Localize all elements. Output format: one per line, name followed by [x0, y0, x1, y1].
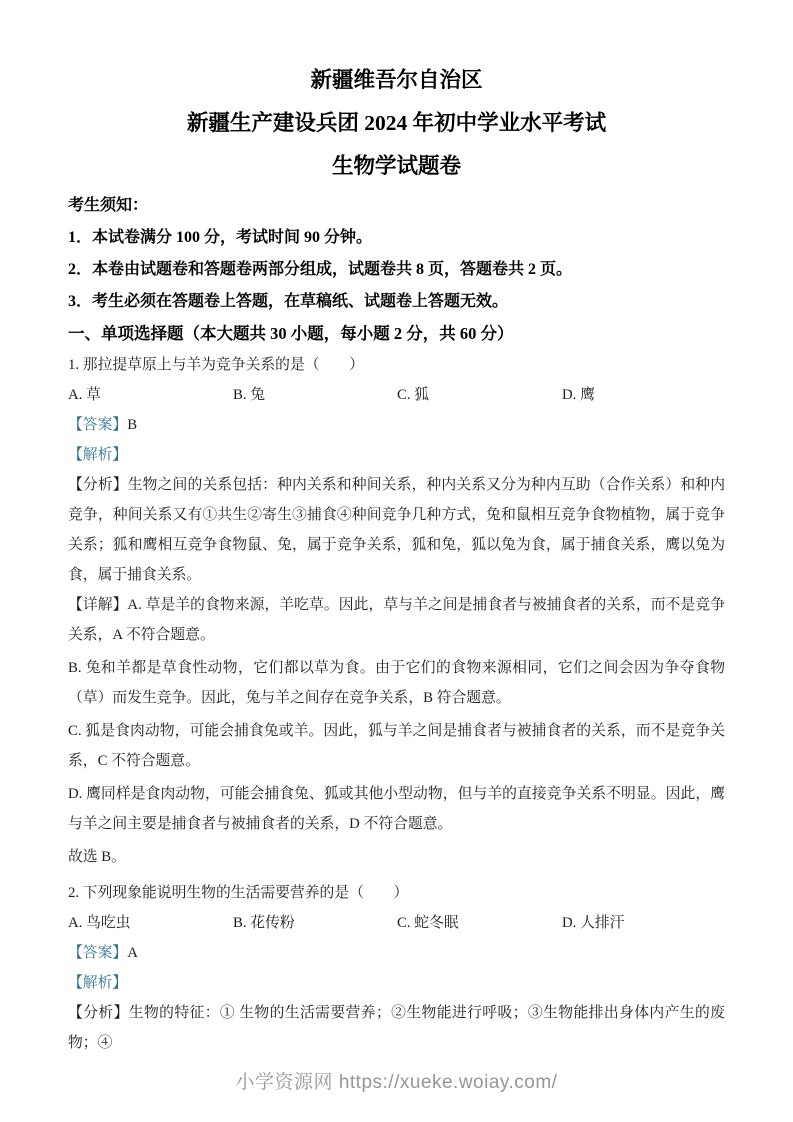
notice-item-2: 2．本卷由试题卷和答题卷两部分组成，试题卷共 8 页，答题卷共 2 页。 — [68, 254, 725, 286]
analysis-paragraph: 【分析】生物之间的关系包括：种内关系和种间关系，种内关系又分为种内互助（合作关系… — [68, 470, 725, 590]
candidate-notice: 考生须知： 1．本试卷满分 100 分，考试时间 90 分钟。 2．本卷由试题卷… — [68, 190, 725, 318]
document-title-block: 新疆维吾尔自治区 新疆生产建设兵团 2024 年初中学业水平考试 生物学试题卷 — [68, 59, 725, 188]
detail-paragraph-b: B. 兔和羊都是草食性动物，它们都以草为食。由于它们的食物来源相同，它们之间会因… — [68, 653, 725, 713]
option-d: D. 人排汗 — [562, 908, 725, 938]
answer-label: 【答案】 — [68, 945, 127, 961]
question-options-row: A. 草 B. 兔 C. 狐 D. 鹰 — [68, 380, 725, 410]
option-b: B. 花传粉 — [233, 908, 397, 938]
answer-label: 【答案】 — [68, 417, 127, 433]
detail-paragraph-c: C. 狐是食肉动物，可能会捕食兔或羊。因此，狐与羊之间是捕食者与被捕食者的关系，… — [68, 716, 725, 776]
option-b: B. 兔 — [233, 380, 397, 410]
footer-watermark-text: 小学资源网 https://xueke.woiay.com/ — [236, 1072, 558, 1093]
analysis-paragraph: 【分析】生物的特征：① 生物的生活需要营养；②生物能进行呼吸；③生物能排出身体内… — [68, 998, 725, 1058]
conclusion-line: 故选 B。 — [68, 842, 725, 872]
title-line-region: 新疆维吾尔自治区 — [68, 59, 725, 102]
notice-item-1: 1．本试卷满分 100 分，考试时间 90 分钟。 — [68, 222, 725, 254]
title-line-exam: 新疆生产建设兵团 2024 年初中学业水平考试 — [68, 102, 725, 145]
explanation-label: 【解析】 — [68, 440, 725, 470]
answer-line: 【答案】B — [68, 410, 725, 440]
section-heading: 一、单项选择题（本大题共 30 小题，每小题 2 分，共 60 分） — [68, 318, 725, 350]
answer-value: B — [127, 417, 137, 433]
question-2: 2. 下列现象能说明生物的生活需要营养的是（ ） A. 鸟吃虫 B. 花传粉 C… — [68, 878, 725, 1058]
answer-value: A — [127, 945, 138, 961]
notice-heading: 考生须知： — [68, 190, 725, 222]
explanation-label: 【解析】 — [68, 968, 725, 998]
exam-paper-page: 新疆维吾尔自治区 新疆生产建设兵团 2024 年初中学业水平考试 生物学试题卷 … — [0, 0, 793, 1122]
notice-item-3: 3．考生必须在答题卷上答题，在草稿纸、试题卷上答题无效。 — [68, 286, 725, 318]
footer-watermark: 小学资源网 https://xueke.woiay.com/ — [0, 1067, 793, 1094]
question-1: 1. 那拉提草原上与羊为竞争关系的是（ ） A. 草 B. 兔 C. 狐 D. … — [68, 350, 725, 872]
option-a: A. 鸟吃虫 — [68, 908, 233, 938]
answer-line: 【答案】A — [68, 938, 725, 968]
option-c: C. 蛇冬眠 — [397, 908, 562, 938]
detail-paragraph-a: 【详解】A. 草是羊的食物来源，羊吃草。因此，草与羊之间是捕食者与被捕食者的关系… — [68, 590, 725, 650]
question-stem: 1. 那拉提草原上与羊为竞争关系的是（ ） — [68, 350, 725, 380]
option-a: A. 草 — [68, 380, 233, 410]
question-stem: 2. 下列现象能说明生物的生活需要营养的是（ ） — [68, 878, 725, 908]
detail-paragraph-d: D. 鹰同样是食肉动物，可能会捕食兔、狐或其他小型动物，但与羊的直接竞争关系不明… — [68, 779, 725, 839]
option-c: C. 狐 — [397, 380, 562, 410]
option-d: D. 鹰 — [562, 380, 725, 410]
question-options-row: A. 鸟吃虫 B. 花传粉 C. 蛇冬眠 D. 人排汗 — [68, 908, 725, 938]
title-line-subject: 生物学试题卷 — [68, 145, 725, 188]
